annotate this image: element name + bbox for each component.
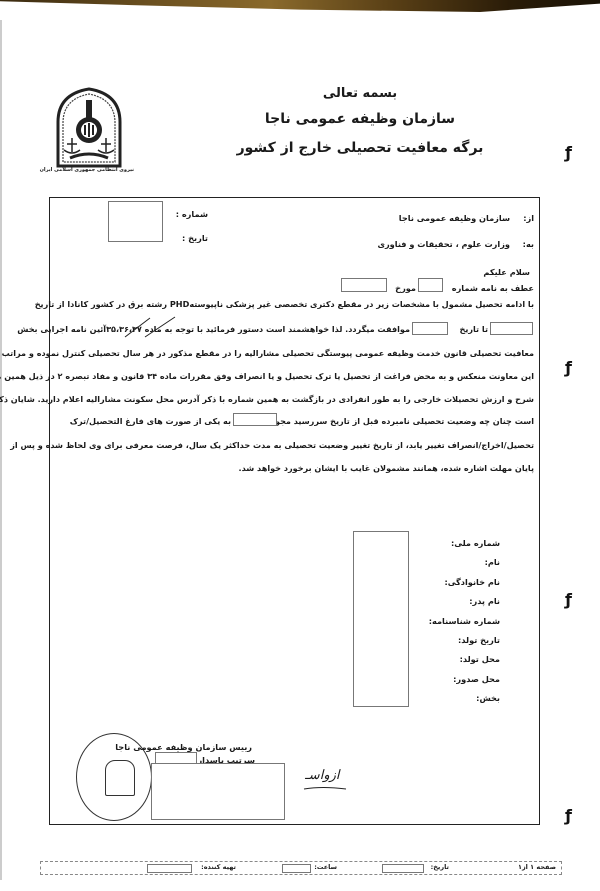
field-birth-date: تاریخ تولد: [410, 635, 500, 654]
body-line-3: معافیت تحصیلی قانون خدمت وظیفه عمومی پیو… [50, 348, 534, 358]
to-label: به: [508, 239, 534, 249]
field-issue-place: محل صدور: [410, 674, 500, 693]
field-birth-certificate-number: شماره شناسنامه: [410, 616, 500, 635]
body-line-4: این معاونت منعکس و به محض فراغت از تحصیل… [50, 371, 534, 381]
field-district: بخش: [410, 693, 500, 712]
start-date-field[interactable] [490, 322, 533, 335]
form-title: برگه معافیت تحصیلی خارج از کشور [210, 140, 510, 156]
field-national-id: شماره ملی: [410, 538, 500, 557]
scan-edge-shadow [0, 0, 600, 12]
emblem-caption: نیروی انتظامی جمهوری اسلامی ایران [44, 167, 134, 173]
field-last-name: نام خانوادگی: [410, 577, 500, 596]
body-line-6a: است چنان چه وضعیت تحصیلی نامبرده قبل از … [280, 416, 534, 426]
handwritten-signature: ازواسـ [305, 768, 339, 783]
until-date-label: تا تاریخ [450, 324, 488, 334]
from-label: از: [508, 213, 534, 223]
police-emblem-icon [52, 86, 126, 174]
scan-left-edge [0, 20, 2, 880]
stamp-emblem-icon [105, 760, 135, 796]
personal-fields-list: شماره ملی: نام: نام خانوادگی: نام پدر: ش… [410, 538, 500, 713]
body-line-2: موافقت میگردد. لذا خواهشمند است دستور فر… [50, 324, 410, 334]
margin-mark: ƒ [565, 358, 572, 377]
from-value: سازمان وظیفه عمومی ناجا [410, 213, 510, 223]
field-father-name: نام پدر: [410, 596, 500, 615]
footer-time-field[interactable] [282, 864, 311, 873]
margin-mark: ƒ [565, 143, 572, 162]
margin-mark: ƒ [565, 806, 572, 825]
field-birth-place: محل تولد: [410, 654, 500, 673]
handwritten-strike-mark [120, 315, 180, 339]
reference-prefix: عطف به نامه شماره [440, 283, 534, 293]
to-value: وزارت علوم ، تحقیقات و فناوری [390, 239, 510, 249]
date-label: تاریخ : [172, 233, 208, 243]
footer-date-label: تاریخ: [425, 863, 449, 871]
margin-mark: ƒ [565, 590, 572, 609]
reference-dated-label: مورخ [388, 283, 416, 293]
permit-due-date-field[interactable] [233, 413, 277, 426]
signatory-title: رییس سازمان وظیفه عمومی ناجا [150, 742, 252, 752]
number-label: شماره : [172, 209, 208, 219]
footer-prepared-by-field[interactable] [147, 864, 192, 873]
body-line-7: تحصیل/اخراج/انصراف تغییر یابد، از تاریخ … [50, 440, 534, 450]
invocation-heading: بسمه تعالی [210, 86, 510, 101]
footer-time-label: ساعت: [313, 863, 337, 871]
redacted-signature-box [151, 763, 285, 820]
body-line-5: شرح و ارزش تحصیلات خارجی را به طور انفرا… [50, 394, 534, 404]
footer-page-number: صفحه ۱ از۱ [500, 863, 556, 871]
signature-stroke [302, 784, 348, 792]
footer-date-field[interactable] [382, 864, 424, 873]
footer-prepared-by-label: تهیه کننده: [196, 863, 236, 871]
body-line-1: با ادامه تحصیل مشمول با مشخصات زیر در مق… [50, 299, 534, 309]
reference-date-field[interactable] [341, 278, 387, 292]
end-date-field[interactable] [412, 322, 448, 335]
greeting: سلام علیکم [440, 267, 530, 277]
redacted-number-date-box [108, 201, 163, 242]
redacted-personal-info-box [353, 531, 409, 707]
field-first-name: نام: [410, 557, 500, 576]
body-line-6b: به یکی از صورت های فارغ التحصیل/ترک [50, 416, 231, 426]
reference-number-field[interactable] [418, 278, 443, 292]
organization-heading: سازمان وظیفه عمومی ناجا [210, 111, 510, 127]
body-line-8: پایان مهلت اشاره شده، همانند مشمولان غای… [50, 463, 534, 473]
